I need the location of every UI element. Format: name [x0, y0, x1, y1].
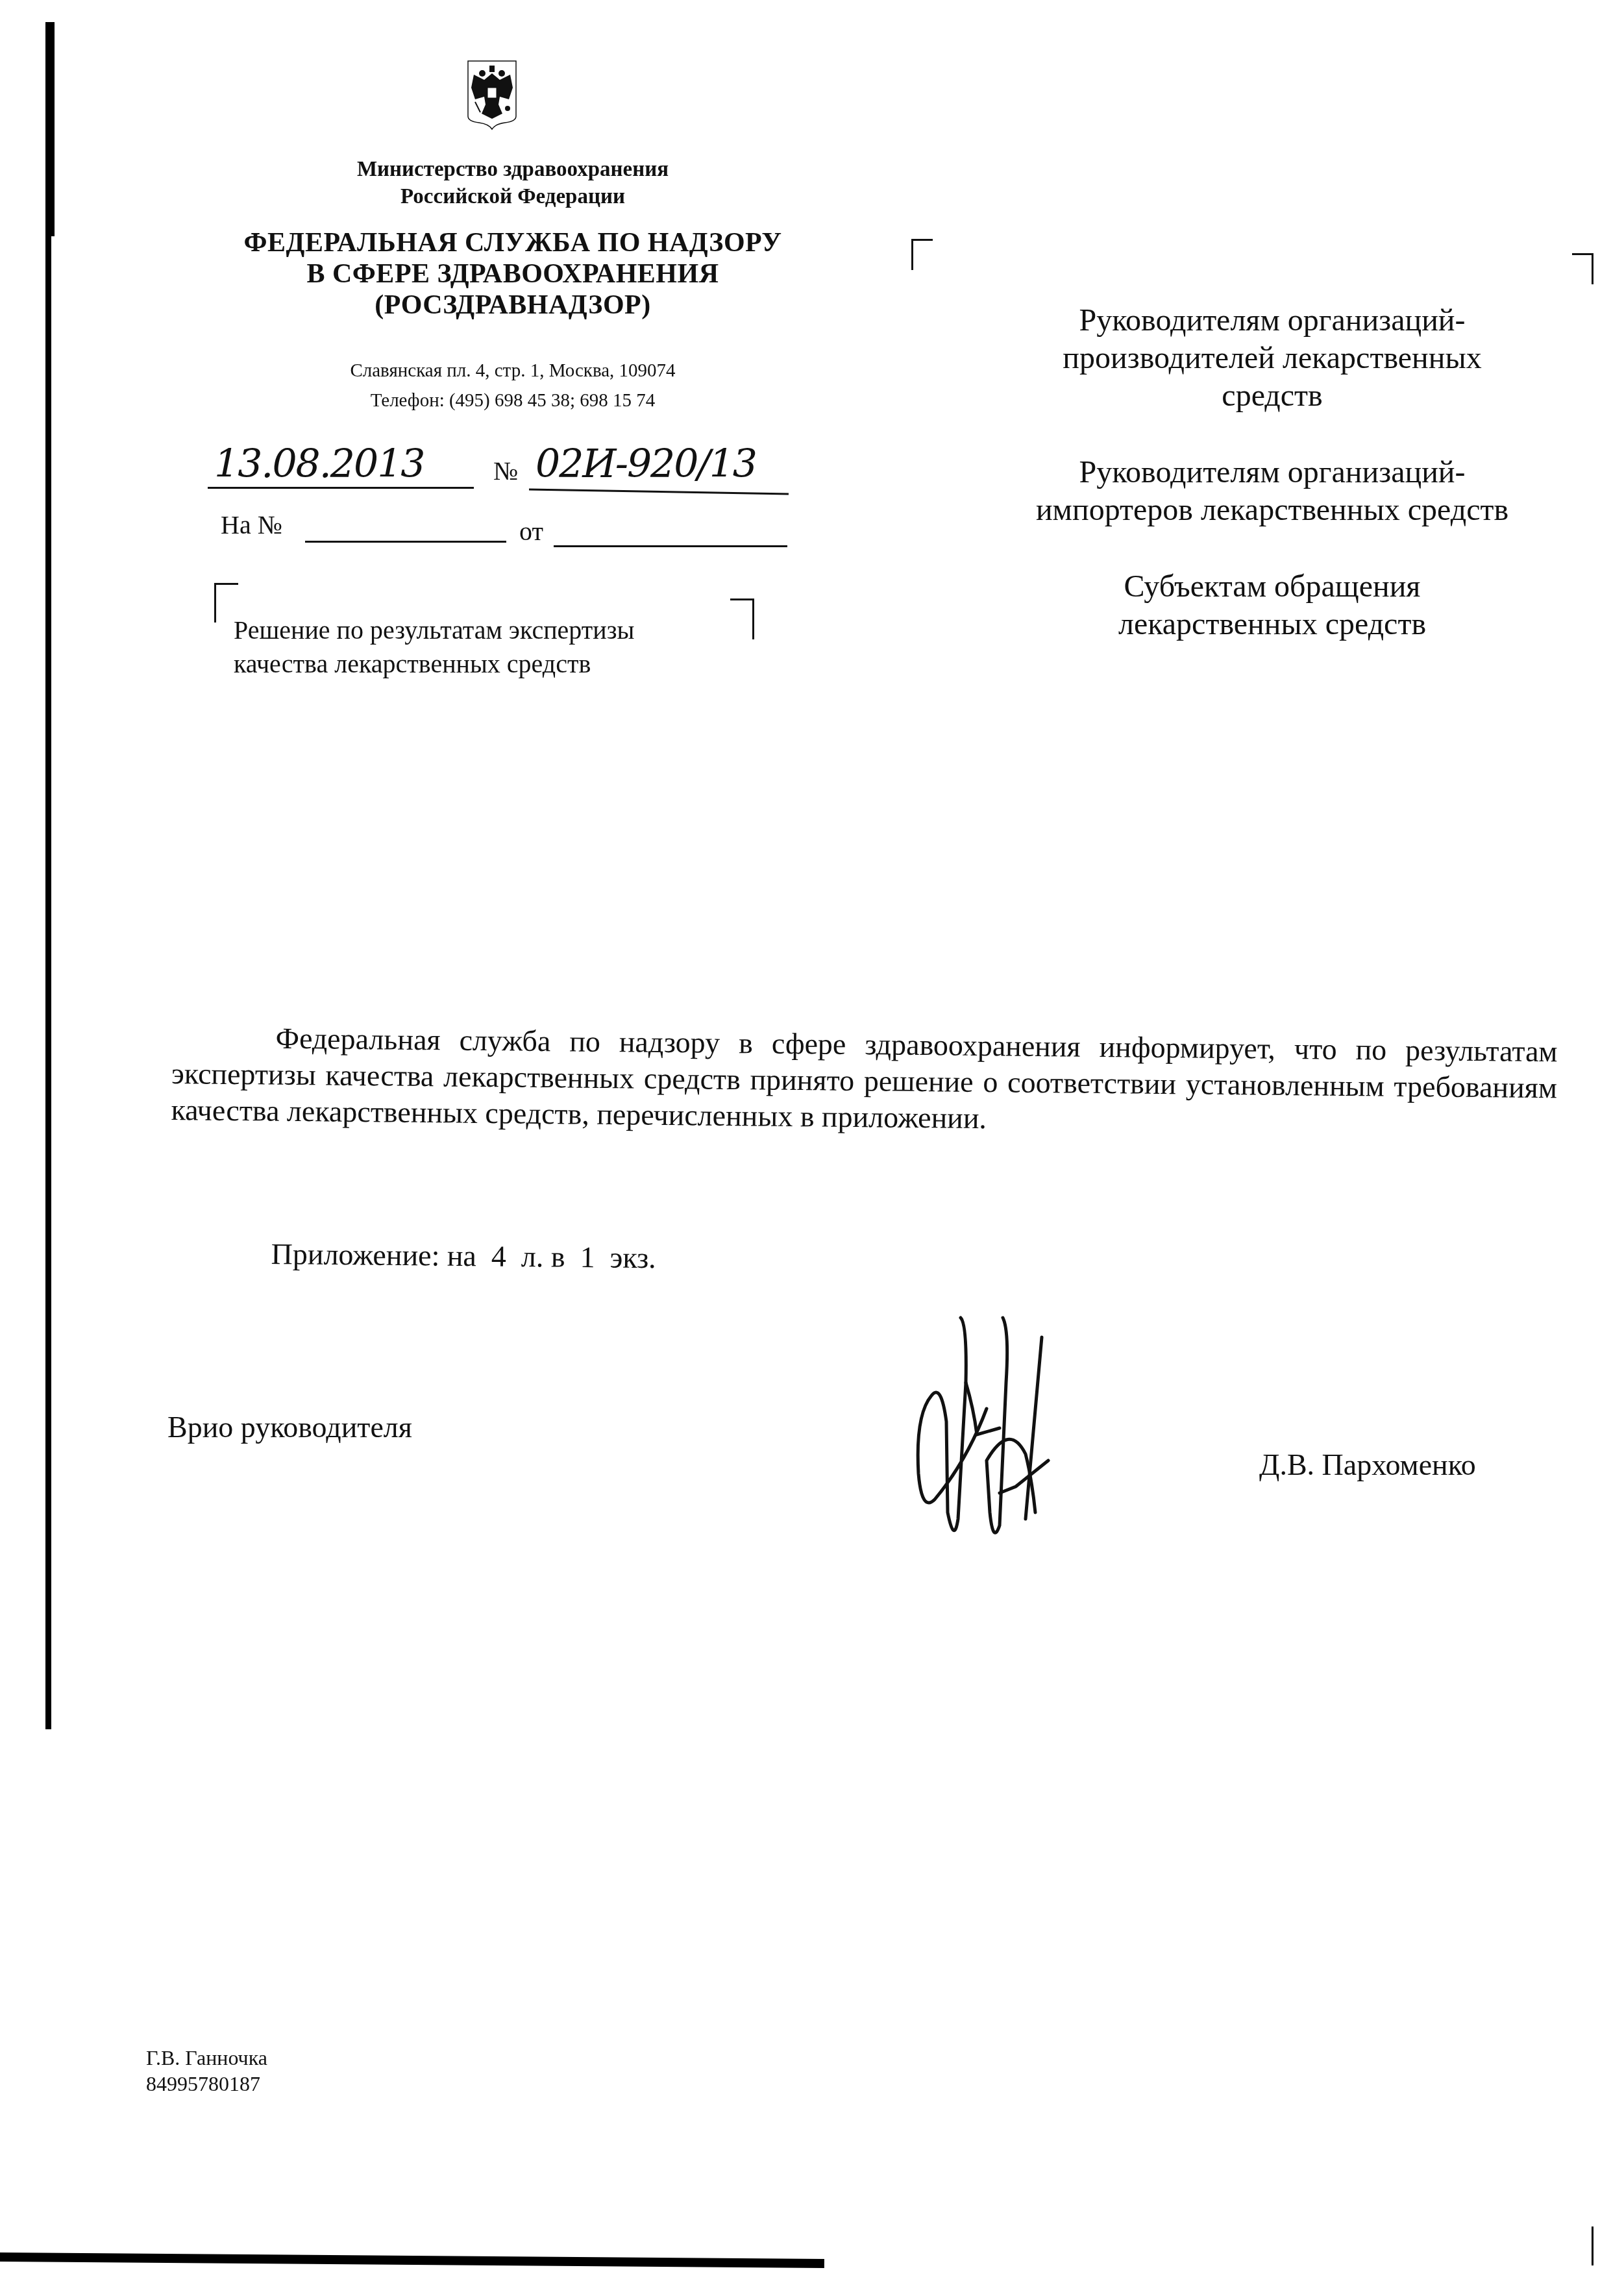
addressee-line: производителей лекарственных: [961, 339, 1584, 377]
ministry-line: Министерство здравоохранения: [221, 156, 805, 183]
org-contacts: Славянская пл. 4, стр. 1, Москва, 109074…: [214, 356, 811, 415]
org-phone: Телефон: (495) 698 45 38; 698 15 74: [214, 386, 811, 415]
subject-line: качества лекарственных средств: [234, 647, 766, 681]
service-line: (РОСЗДРАВНАДЗОР): [214, 290, 811, 321]
registration-line: 13.08.2013 № 02И-920/13: [208, 441, 831, 493]
scan-edge-artifact: [45, 236, 51, 1729]
letter-subject: Решение по результатам экспертизы качест…: [234, 613, 766, 681]
executor-phone: 84995780187: [146, 2071, 267, 2097]
body-paragraph: Федеральная служба по надзору в сфере зд…: [171, 1019, 1558, 1142]
reply-to-label: На №: [221, 510, 282, 540]
executor-info: Г.В. Ганночка 84995780187: [146, 2045, 267, 2097]
reply-from-label: от: [519, 516, 543, 547]
number-label: №: [493, 456, 518, 486]
scan-edge-artifact: [45, 22, 55, 236]
coat-of-arms-icon: [466, 36, 518, 153]
underline: [208, 487, 474, 489]
registration-number: 02И-920/13: [535, 441, 756, 487]
service-line: В СФЕРЕ ЗДРАВООХРАНЕНИЯ: [214, 258, 811, 290]
scan-edge-artifact: [0, 2252, 824, 2268]
org-address: Славянская пл. 4, стр. 1, Москва, 109074: [214, 356, 811, 386]
appendix-note: Приложение: на 4 л. в 1 экз.: [271, 1237, 656, 1275]
letter-body: Федеральная служба по надзору в сфере зд…: [171, 1019, 1558, 1142]
service-line: ФЕДЕРАЛЬНАЯ СЛУЖБА ПО НАДЗОРУ: [214, 227, 811, 258]
ministry-line: Российской Федерации: [221, 183, 805, 210]
addressee-line: Субъектам обращения: [961, 568, 1584, 606]
service-name: ФЕДЕРАЛЬНАЯ СЛУЖБА ПО НАДЗОРУ В СФЕРЕ ЗД…: [214, 227, 811, 321]
signer-title: Врио руководителя: [167, 1410, 412, 1444]
addressee-line: импортеров лекарственных средств: [961, 491, 1584, 529]
addressee-line: средств: [961, 377, 1584, 415]
reply-date-blank: [554, 545, 787, 547]
ministry-name: Министерство здравоохранения Российской …: [221, 156, 805, 210]
signer-name: Д.В. Пархоменко: [1259, 1448, 1476, 1482]
reply-number-blank: [305, 541, 506, 543]
addressee: Руководителям организаций- производителе…: [961, 302, 1584, 415]
addressee-block: Руководителям организаций- производителе…: [961, 302, 1584, 682]
addressee-line: лекарственных средств: [961, 606, 1584, 643]
handwritten-signature-icon: [896, 1305, 1103, 1551]
executor-name: Г.В. Ганночка: [146, 2045, 267, 2071]
underline: [529, 489, 789, 495]
addressee: Руководителям организаций- импортеров ле…: [961, 454, 1584, 529]
addressee: Субъектам обращения лекарственных средст…: [961, 568, 1584, 643]
subject-line: Решение по результатам экспертизы: [234, 613, 766, 647]
addressee-line: Руководителям организаций-: [961, 454, 1584, 491]
addressee-line: Руководителям организаций-: [961, 302, 1584, 339]
registration-date: 13.08.2013: [214, 441, 424, 487]
corner-bracket: [911, 239, 933, 270]
scan-edge-artifact: [1592, 2227, 1593, 2265]
corner-bracket: [1572, 253, 1593, 284]
